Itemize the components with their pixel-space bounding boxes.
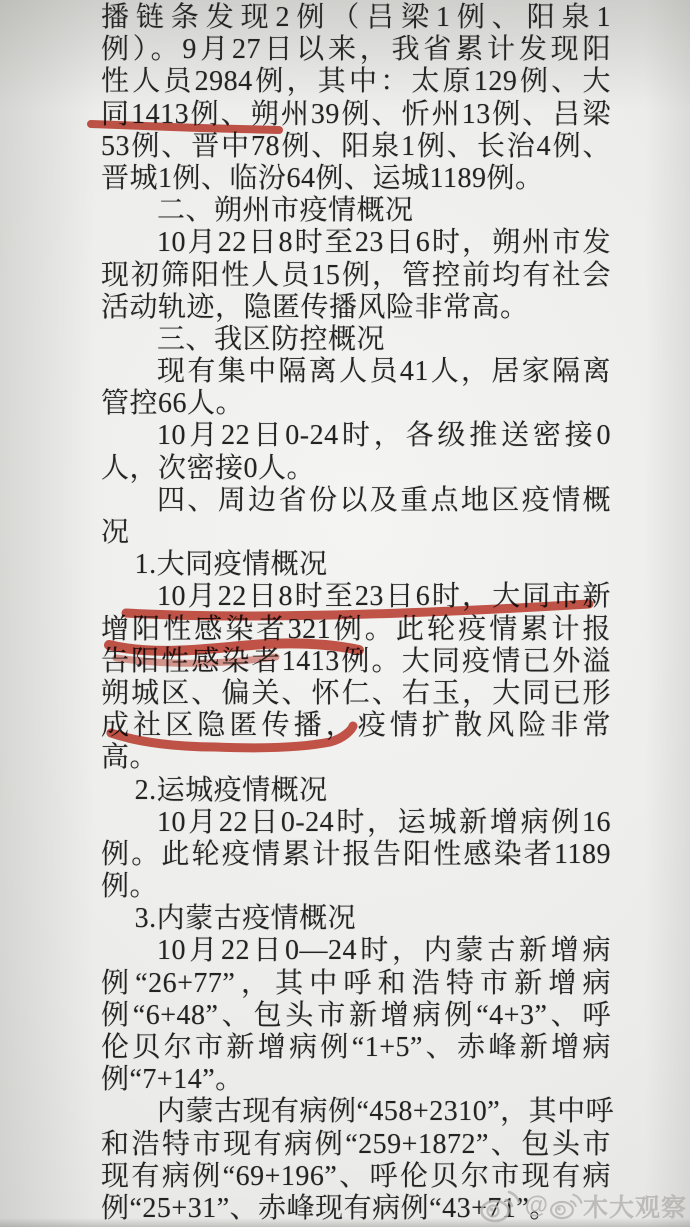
document-line: 性人员2984例，其中：太原129例、大: [101, 66, 611, 98]
document-line: 况: [101, 517, 611, 549]
document-line: 晋城1例、临汾64例、运城1189例。: [101, 163, 611, 195]
photographed-document-page: 播链条发现2例（吕梁1例、阳泉1例）。9月27日以来，我省累计发现阳性人员298…: [0, 0, 690, 1227]
document-line: 10月22日0—24时，内蒙古新增病: [101, 935, 611, 967]
document-line: 现初筛阳性人员15例，管控前均有社会: [101, 260, 611, 292]
document-line: 例“26+77”，其中呼和浩特市新增病: [101, 968, 611, 1000]
document-line: 10月22日0-24时，各级推送密接0: [101, 420, 611, 452]
document-line: 例“6+48”、包头市新增病例“4+3”、呼: [101, 1000, 611, 1032]
document-line: 伦贝尔市新增病例“1+5”、赤峰新增病: [101, 1032, 611, 1064]
document-line: 例“7+14”。: [101, 1064, 611, 1096]
weibo-icon-small: [549, 1191, 583, 1221]
document-text-block: 播链条发现2例（吕梁1例、阳泉1例）。9月27日以来，我省累计发现阳性人员298…: [0, 0, 690, 1225]
document-line: 内蒙古现有病例“458+2310”，其中呼: [101, 1096, 611, 1128]
document-line: 管控66人。: [101, 388, 611, 420]
document-line: 53例、晋中78例、阳泉1例、长治4例、: [101, 131, 611, 163]
document-line: 四、周边省份以及重点地区疫情概: [101, 485, 611, 517]
document-line: 二、朔州市疫情概况: [101, 195, 611, 227]
document-line: 三、我区防控概况: [101, 324, 611, 356]
document-line: 高。: [101, 742, 611, 774]
document-line: 和浩特市现有病例“259+1872”、包头市: [101, 1129, 611, 1161]
document-line: 3.内蒙古疫情概况: [101, 903, 611, 935]
document-line: 10月22日0-24时，运城新增病例16: [101, 807, 611, 839]
document-line: 例。此轮疫情累计报告阳性感染者1189: [101, 839, 611, 871]
weibo-icon: [479, 1188, 521, 1224]
document-line: 10月22日8时至23日6时，大同市新: [101, 581, 611, 613]
document-line: 成社区隐匿传播，疫情扩散风险非常: [101, 710, 611, 742]
document-line: 10月22日8时至23日6时，朔州市发: [101, 227, 611, 259]
document-line: 朔城区、偏关、怀仁、右玉，大同已形: [101, 678, 611, 710]
document-line: 现有集中隔离人员41人，居家隔离: [101, 356, 611, 388]
document-line: 增阳性感染者321例。此轮疫情累计报: [101, 614, 611, 646]
document-line: 播链条发现2例（吕梁1例、阳泉1: [101, 2, 611, 34]
document-line: 人，次密接0人。: [101, 453, 611, 485]
watermark-at-symbol: @: [525, 1192, 548, 1220]
document-line: 例。: [101, 871, 611, 903]
document-line: 例）。9月27日以来，我省累计发现阳: [101, 34, 611, 66]
document-line: 活动轨迹，隐匿传播风险非常高。: [101, 292, 611, 324]
document-line: 1.大同疫情概况: [101, 549, 611, 581]
watermark-account-name: 木大观察: [583, 1188, 687, 1224]
document-line: 告阳性感染者1413例。大同疫情已外溢: [101, 646, 611, 678]
weibo-watermark: @ 木大观察: [479, 1188, 687, 1224]
document-line: 同1413例、朔州39例、忻州13例、吕梁: [101, 99, 611, 131]
document-line: 2.运城疫情概况: [101, 775, 611, 807]
